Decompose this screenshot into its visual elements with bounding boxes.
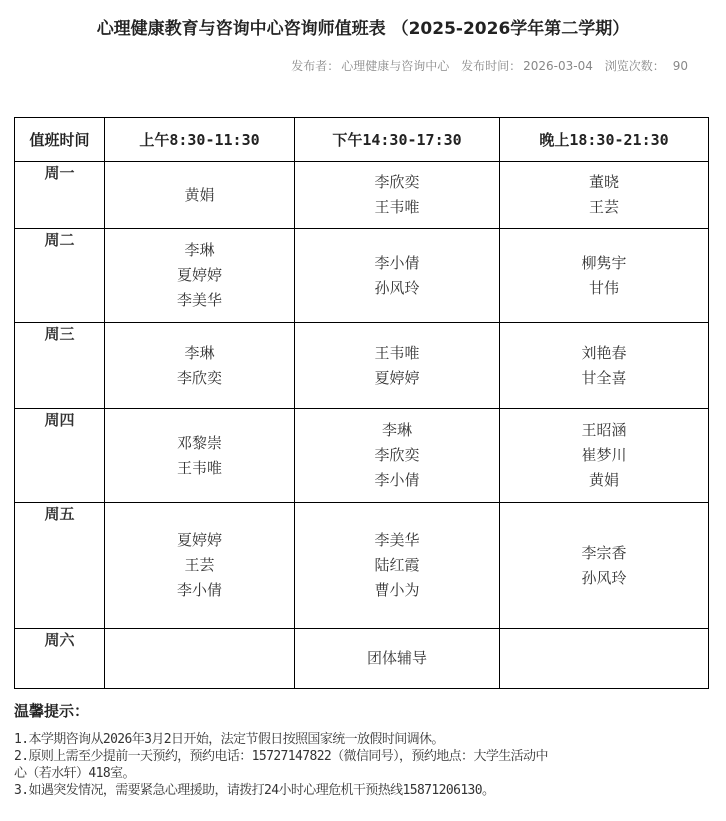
evening-slot-cell: 李宗香孙风玲 (500, 503, 709, 629)
date-label: 发布时间： (461, 59, 521, 73)
counselor-name: 李小倩 (295, 468, 499, 493)
counselor-name: 董晓 (500, 170, 708, 195)
counselor-name: 李欣奕 (295, 443, 499, 468)
day-cell: 周三 (15, 323, 105, 409)
counselor-name: 陆红霞 (295, 553, 499, 578)
counselor-name: 王芸 (105, 553, 294, 578)
counselor-name: 柳隽宇 (500, 251, 708, 276)
afternoon-slot-cell: 团体辅导 (295, 629, 500, 689)
counselor-name: 李宗香 (500, 541, 708, 566)
counselor-name: 李琳 (295, 418, 499, 443)
counselor-name: 李小倩 (295, 251, 499, 276)
table-row: 周二李琳夏婷婷李美华李小倩孙风玲柳隽宇甘伟 (15, 229, 709, 323)
evening-slot-cell: 王昭涵崔梦川黄娟 (500, 409, 709, 503)
table-row: 周六团体辅导 (15, 629, 709, 689)
page-title: 心理健康教育与咨询中心咨询师值班表 （2025-2026学年第二学期） (0, 14, 726, 39)
counselor-name: 王芸 (500, 195, 708, 220)
counselor-name: 王韦唯 (295, 341, 499, 366)
morning-slot-cell: 李琳夏婷婷李美华 (105, 229, 295, 323)
views-value: 90 (673, 59, 688, 73)
counselor-name: 甘伟 (500, 276, 708, 301)
tip-line: 2.原则上需至少提前一天预约，预约电话：15727147822（微信同号），预约… (14, 748, 714, 765)
afternoon-slot-cell: 王韦唯夏婷婷 (295, 323, 500, 409)
publisher-label: 发布者： (291, 59, 339, 73)
morning-slot-cell: 李琳李欣奕 (105, 323, 295, 409)
counselor-name: 李小倩 (105, 578, 294, 603)
counselor-name: 邓黎崇 (105, 431, 294, 456)
day-cell: 周五 (15, 503, 105, 629)
column-header-evening: 晚上18:30-21:30 (500, 118, 709, 162)
counselor-name: 王昭涵 (500, 418, 708, 443)
table-row: 周三李琳李欣奕王韦唯夏婷婷刘艳春甘全喜 (15, 323, 709, 409)
counselor-name: 黄娟 (105, 183, 294, 208)
counselor-name: 李美华 (295, 528, 499, 553)
day-cell: 周四 (15, 409, 105, 503)
morning-slot-cell: 黄娟 (105, 162, 295, 229)
counselor-name: 夏婷婷 (105, 263, 294, 288)
evening-slot-cell: 柳隽宇甘伟 (500, 229, 709, 323)
morning-slot-cell: 邓黎崇王韦唯 (105, 409, 295, 503)
counselor-name: 团体辅导 (295, 646, 499, 671)
counselor-name: 李欣奕 (295, 170, 499, 195)
counselor-name: 李琳 (105, 238, 294, 263)
counselor-name: 夏婷婷 (105, 528, 294, 553)
table-row: 周五夏婷婷王芸李小倩李美华陆红霞曹小为李宗香孙风玲 (15, 503, 709, 629)
counselor-name: 甘全喜 (500, 366, 708, 391)
counselor-name: 李琳 (105, 341, 294, 366)
morning-slot-cell (105, 629, 295, 689)
column-header-morning: 上午8:30-11:30 (105, 118, 295, 162)
views-label: 浏览次数： (605, 59, 665, 73)
header-row: 值班时间 上午8:30-11:30 下午14:30-17:30 晚上18:30-… (15, 118, 709, 162)
day-cell: 周一 (15, 162, 105, 229)
counselor-name: 夏婷婷 (295, 366, 499, 391)
afternoon-slot-cell: 李琳李欣奕李小倩 (295, 409, 500, 503)
counselor-name: 孙风玲 (500, 566, 708, 591)
tip-line: 心（若水轩）418室。 (14, 765, 714, 782)
column-header-time: 值班时间 (15, 118, 105, 162)
column-header-afternoon: 下午14:30-17:30 (295, 118, 500, 162)
counselor-name: 刘艳春 (500, 341, 708, 366)
publisher-value: 心理健康与咨询中心 (341, 59, 449, 73)
counselor-name: 曹小为 (295, 578, 499, 603)
table-row: 周四邓黎崇王韦唯李琳李欣奕李小倩王昭涵崔梦川黄娟 (15, 409, 709, 503)
article-meta: 发布者：心理健康与咨询中心 发布时间：2026-03-04 浏览次数：90 (283, 57, 688, 74)
counselor-name: 王韦唯 (295, 195, 499, 220)
afternoon-slot-cell: 李小倩孙风玲 (295, 229, 500, 323)
evening-slot-cell (500, 629, 709, 689)
date-value: 2026-03-04 (523, 59, 593, 73)
morning-slot-cell: 夏婷婷王芸李小倩 (105, 503, 295, 629)
counselor-name: 崔梦川 (500, 443, 708, 468)
day-cell: 周二 (15, 229, 105, 323)
tips-title: 温馨提示： (14, 700, 714, 721)
counselor-name: 孙风玲 (295, 276, 499, 301)
evening-slot-cell: 董晓王芸 (500, 162, 709, 229)
tips-section: 温馨提示： 1.本学期咨询从2026年3月2日开始，法定节假日按照国家统一放假时… (14, 700, 714, 799)
table-row: 周一黄娟李欣奕王韦唯董晓王芸 (15, 162, 709, 229)
evening-slot-cell: 刘艳春甘全喜 (500, 323, 709, 409)
afternoon-slot-cell: 李欣奕王韦唯 (295, 162, 500, 229)
counselor-name: 黄娟 (500, 468, 708, 493)
counselor-name: 李欣奕 (105, 366, 294, 391)
schedule-table: 值班时间 上午8:30-11:30 下午14:30-17:30 晚上18:30-… (14, 117, 709, 689)
afternoon-slot-cell: 李美华陆红霞曹小为 (295, 503, 500, 629)
counselor-name: 李美华 (105, 288, 294, 313)
tip-line: 3.如遇突发情况，需要紧急心理援助，请拨打24小时心理危机干预热线1587120… (14, 782, 714, 799)
counselor-name: 王韦唯 (105, 456, 294, 481)
day-cell: 周六 (15, 629, 105, 689)
tip-line: 1.本学期咨询从2026年3月2日开始，法定节假日按照国家统一放假时间调休。 (14, 731, 714, 748)
